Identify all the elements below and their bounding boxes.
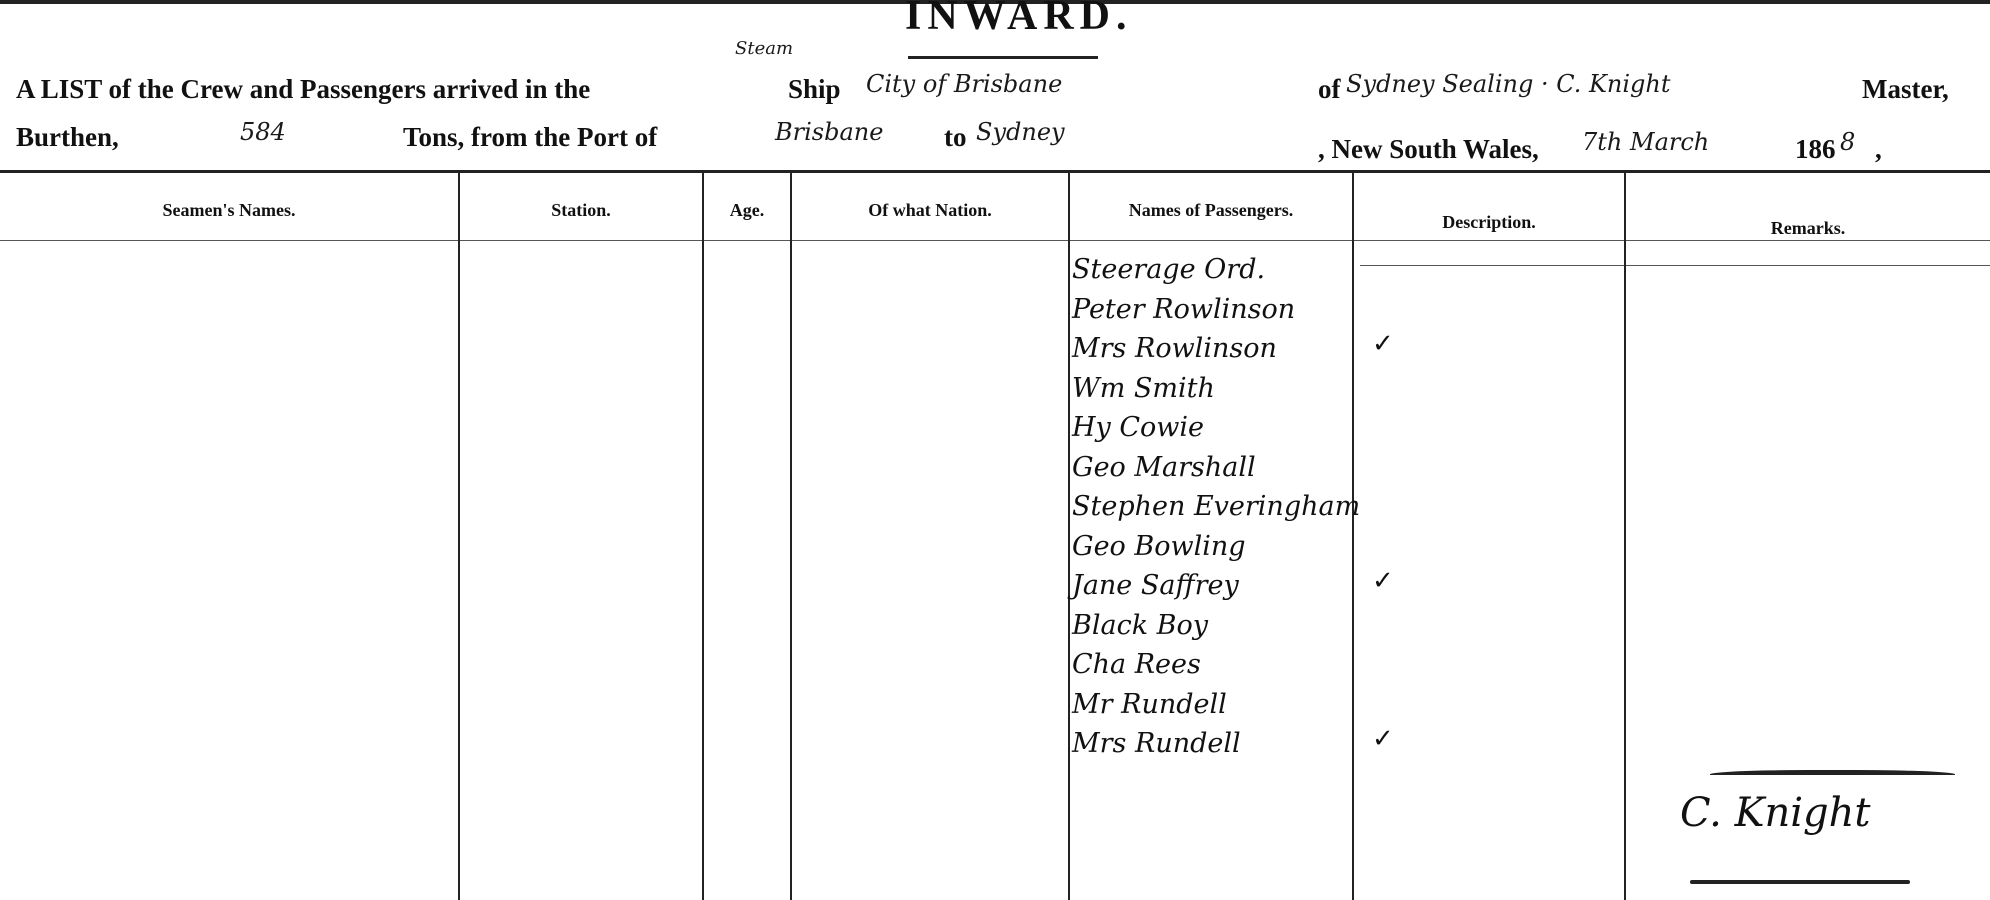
passenger-name: Stephen Everingham (1072, 491, 1360, 522)
to-port: Sydney (976, 118, 1065, 146)
passenger-name: Wm Smith (1072, 373, 1215, 404)
column-header-seamens-names: Seamen's Names. (0, 200, 458, 221)
passenger-row: Steerage Ord. (1072, 250, 1372, 290)
passenger-name: Geo Bowling (1072, 531, 1246, 562)
column-header-remarks: Remarks. (1626, 218, 1990, 239)
arrival-date: 7th March (1582, 128, 1709, 156)
registry-and-master: Sydney Sealing · C. Knight (1346, 70, 1671, 98)
passenger-row: Mrs Rundell✓ (1072, 724, 1372, 764)
passenger-row: Wm Smith (1072, 369, 1372, 409)
passenger-name: Black Boy (1072, 610, 1208, 641)
passenger-row: Mrs Rowlinson✓ (1072, 329, 1372, 369)
header-bottom-rule-left (0, 240, 1990, 241)
burthen-label: Burthen, (16, 122, 119, 153)
passenger-list: Steerage Ord. Peter Rowlinson Mrs Rowlin… (1072, 250, 1372, 764)
check-mark-icon: ✓ (1372, 562, 1394, 602)
passenger-row: Hy Cowie (1072, 408, 1372, 448)
tons-from-port-label: Tons, from the Port of (403, 122, 657, 153)
passenger-name: Mr Rundell (1072, 689, 1227, 720)
passenger-row: Stephen Everingham (1072, 487, 1372, 527)
column-divider (790, 172, 792, 900)
page-title: INWARD. (905, 0, 1133, 40)
burthen-value: 584 (240, 118, 286, 146)
column-header-station: Station. (460, 200, 702, 221)
master-signature: C. Knight (1680, 790, 1871, 836)
passenger-row: Geo Marshall (1072, 448, 1372, 488)
passenger-name: Jane Saffrey (1072, 570, 1239, 601)
list-heading-prefix: A LIST of the Crew and Passengers arrive… (16, 74, 590, 105)
column-divider (702, 172, 704, 900)
ship-label: Ship (788, 74, 841, 105)
table-top-rule (0, 170, 1990, 173)
passenger-name: Mrs Rowlinson (1072, 333, 1277, 364)
ship-name: City of Brisbane (866, 70, 1062, 98)
column-header-passenger-names: Names of Passengers. (1070, 200, 1352, 221)
passenger-name: Steerage Ord. (1072, 254, 1265, 285)
passenger-row: Mr Rundell (1072, 685, 1372, 725)
column-divider (458, 172, 460, 900)
of-label: of (1318, 74, 1341, 105)
passenger-name: Hy Cowie (1072, 412, 1204, 443)
passenger-row: Peter Rowlinson (1072, 290, 1372, 330)
year-written: 8 (1840, 128, 1855, 156)
check-mark-icon: ✓ (1372, 720, 1394, 760)
trailing-comma: , (1875, 134, 1882, 165)
column-header-age: Age. (704, 200, 790, 221)
passenger-name: Cha Rees (1072, 649, 1201, 680)
to-label: to (944, 122, 967, 153)
check-mark-icon: ✓ (1372, 325, 1394, 365)
passenger-row: Geo Bowling (1072, 527, 1372, 567)
from-port: Brisbane (775, 118, 883, 146)
new-south-wales-label: , New South Wales, (1318, 134, 1539, 165)
signature-underline (1690, 880, 1910, 884)
passenger-row: Jane Saffrey✓ (1072, 566, 1372, 606)
column-divider (1624, 172, 1626, 900)
passenger-name: Peter Rowlinson (1072, 294, 1295, 325)
ship-type-insert: Steam (735, 38, 793, 59)
passenger-row: Black Boy (1072, 606, 1372, 646)
passenger-row: Cha Rees (1072, 645, 1372, 685)
passenger-name: Mrs Rundell (1072, 728, 1241, 759)
passenger-name: Geo Marshall (1072, 452, 1256, 483)
year-printed: 186 (1795, 134, 1836, 165)
title-underline (908, 56, 1098, 59)
column-header-description: Description. (1354, 212, 1624, 233)
header-bottom-rule-right (1360, 265, 1990, 266)
column-header-nation: Of what Nation. (792, 200, 1068, 221)
signature-flourish-top (1710, 770, 1955, 781)
column-divider (1068, 172, 1070, 900)
master-label: Master, (1862, 74, 1949, 105)
